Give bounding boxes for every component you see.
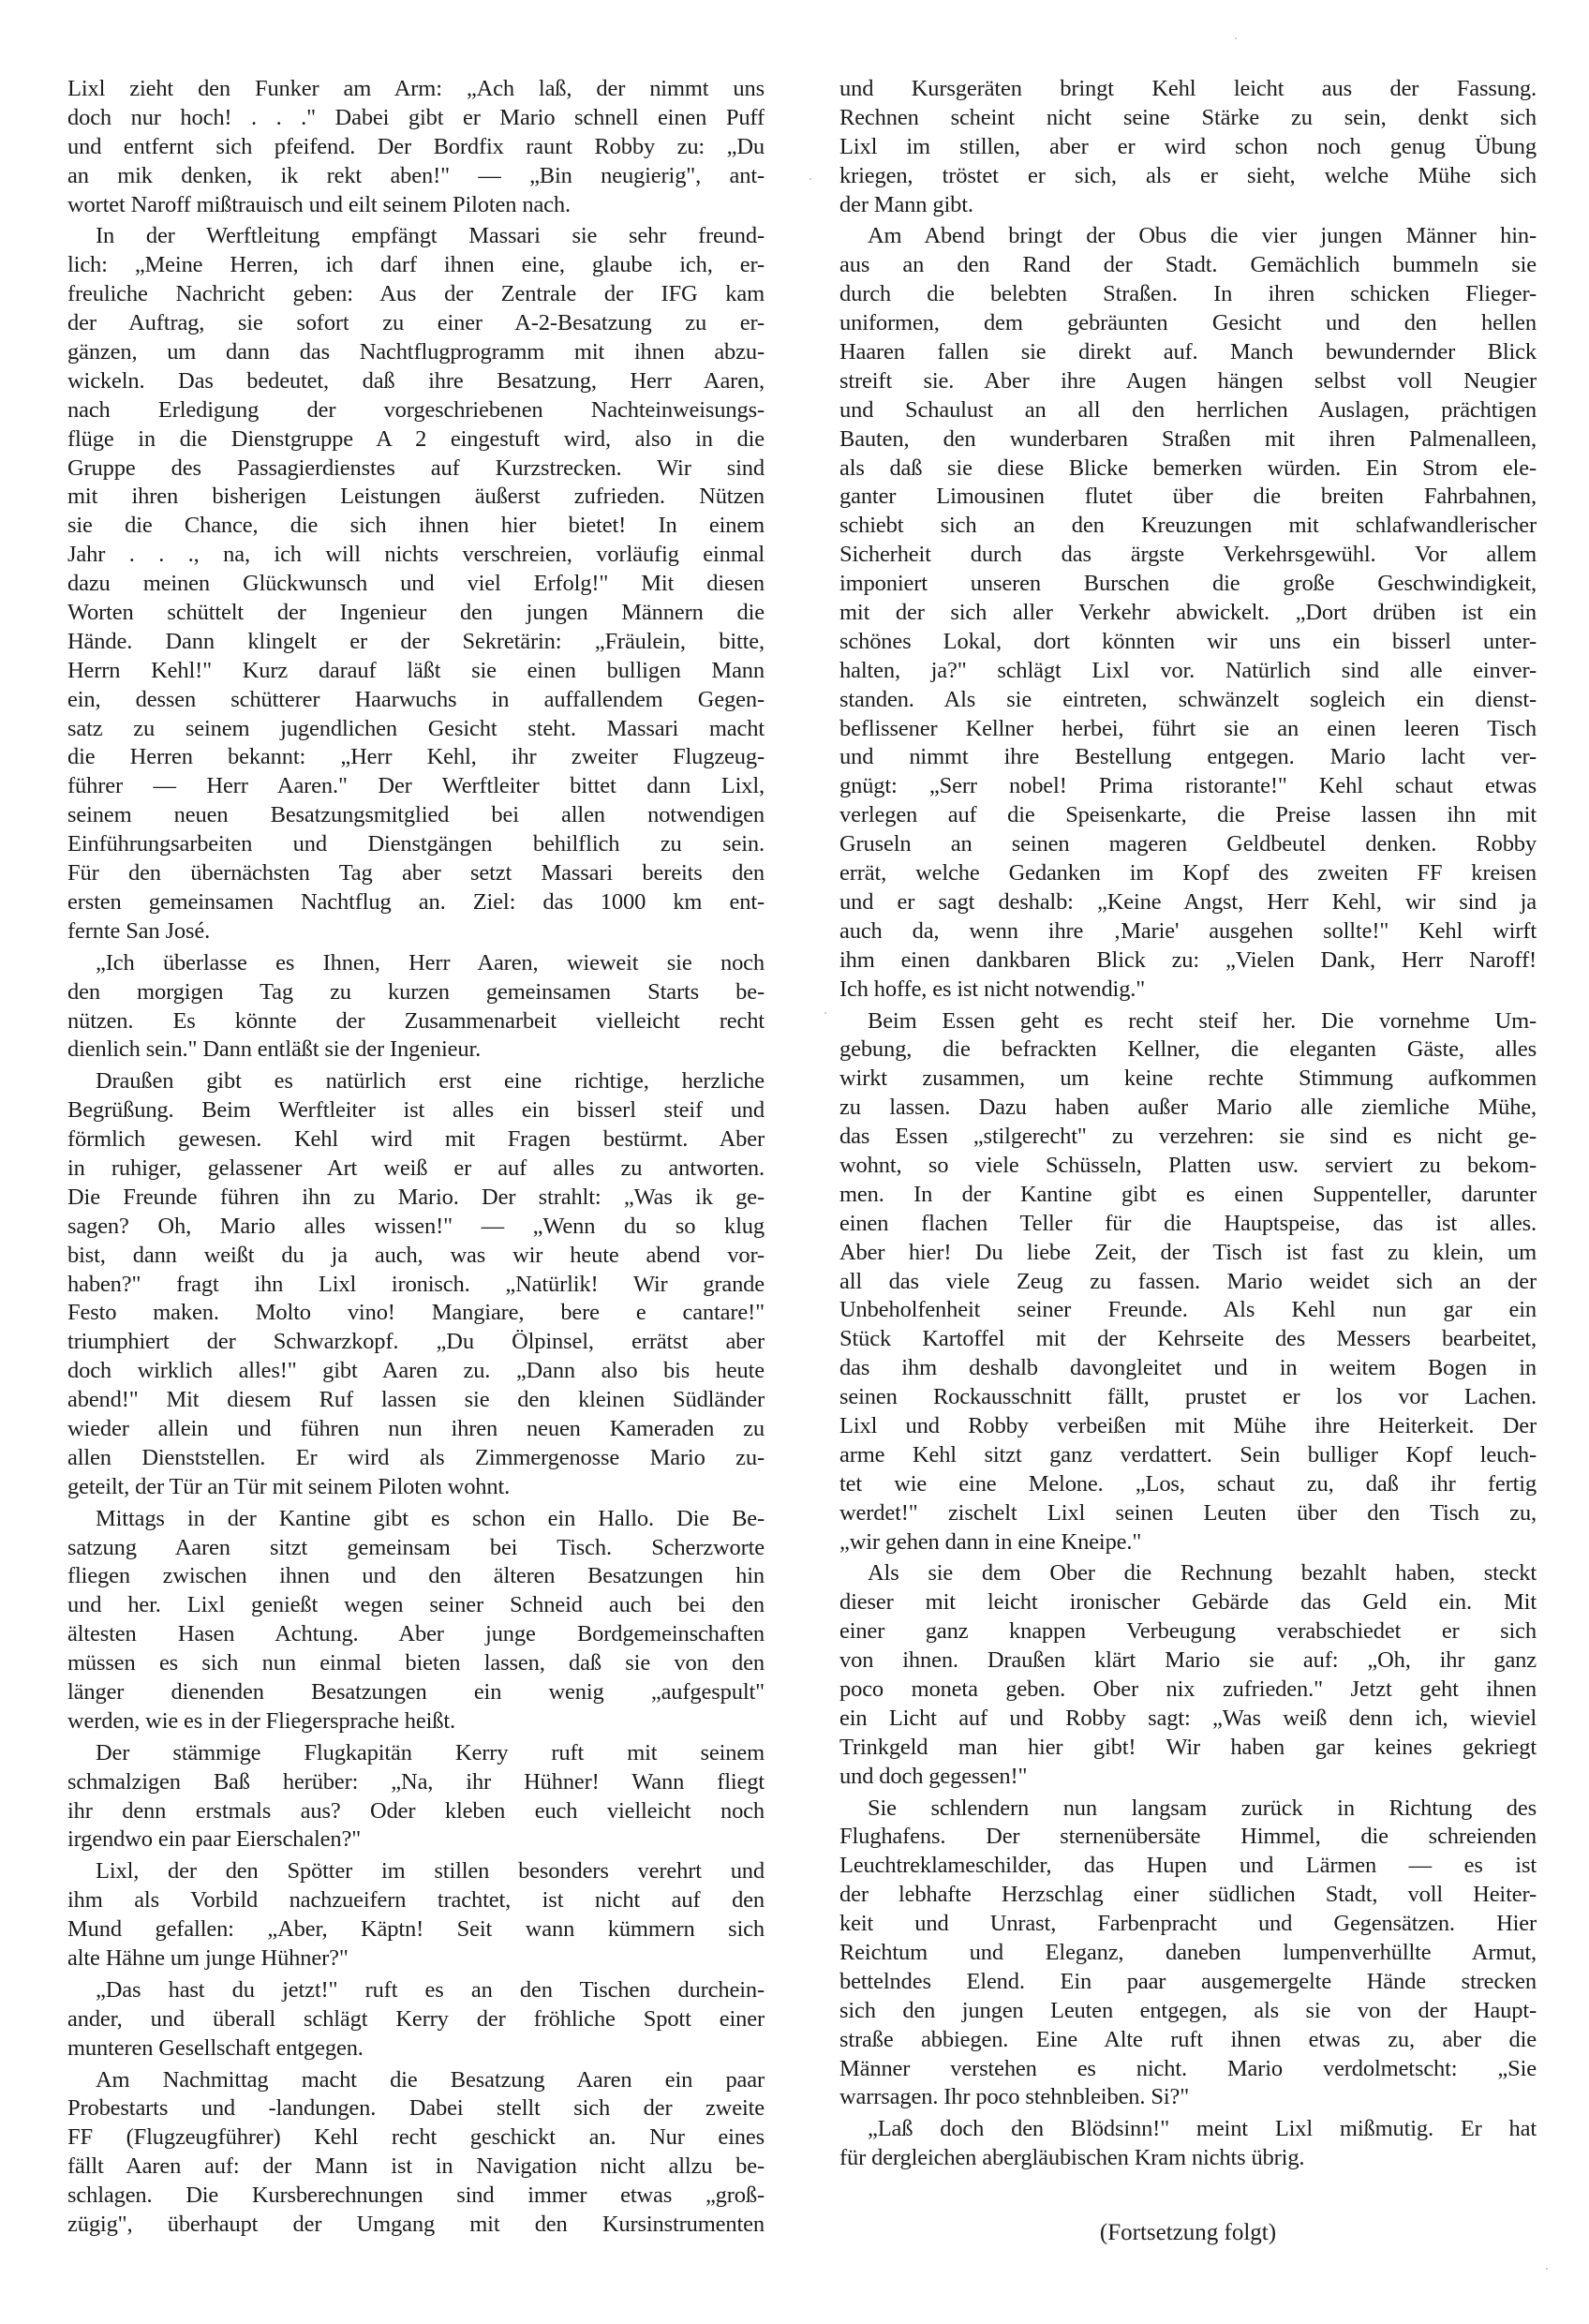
text-line: Haaren fallen sie direkt auf. Manch bewu… bbox=[839, 338, 1537, 367]
text-line: keit und Unrast, Farbenpracht und Gegens… bbox=[839, 1910, 1537, 1939]
text-line: geteilt, der Tür an Tür mit seinem Pilot… bbox=[67, 1473, 765, 1502]
paragraph: Sie schlendern nun langsam zurück in Ric… bbox=[839, 1795, 1537, 2113]
text-line: Männer verstehen es nicht. Mario verdolm… bbox=[839, 2055, 1537, 2084]
text-line: von ihnen. Draußen klärt Mario sie auf: … bbox=[839, 1646, 1537, 1676]
text-line: und Schaulust an all den herrlichen Ausl… bbox=[839, 396, 1537, 425]
text-line: ein Licht auf und Robby sagt: „Was weiß … bbox=[839, 1705, 1537, 1734]
text-line: Aber hier! Du liebe Zeit, der Tisch ist … bbox=[839, 1239, 1537, 1268]
text-line: kriegen, tröstet er sich, als er sieht, … bbox=[839, 162, 1537, 191]
text-line: Lixl und Robby verbeißen mit Mühe ihre H… bbox=[839, 1412, 1537, 1441]
text-line: Worten schüttelt der Ingenieur den junge… bbox=[67, 599, 765, 628]
document-page: Lixl zieht den Funker am Arm: „Ach laß, … bbox=[0, 0, 1589, 2324]
text-line: die Herren bekannt: „Herr Kehl, ihr zwei… bbox=[67, 743, 765, 772]
text-line: Lixl, der den Spötter im stillen besonde… bbox=[67, 1857, 765, 1886]
text-line: allen Dienststellen. Er wird als Zimmerg… bbox=[67, 1444, 765, 1473]
text-line: wieder allein und führen nun ihren neuen… bbox=[67, 1415, 765, 1444]
text-line: men. In der Kantine gibt es einen Suppen… bbox=[839, 1181, 1537, 1210]
scan-speck bbox=[1235, 37, 1237, 39]
text-line: Flughafens. Der sternenübersäte Himmel, … bbox=[839, 1823, 1537, 1852]
text-line: durch die belebten Straßen. In ihren sch… bbox=[839, 280, 1537, 309]
text-line: Trinkgeld man hier gibt! Wir haben gar k… bbox=[839, 1734, 1537, 1763]
text-line: Für den übernächsten Tag aber setzt Mass… bbox=[67, 859, 765, 888]
text-line: munteren Gesellschaft entgegen. bbox=[67, 2034, 765, 2063]
text-line: halten, ja?" schlägt Lixl vor. Natürlich… bbox=[839, 657, 1537, 686]
text-line: an mik denken, ik rekt aben!" — „Bin neu… bbox=[67, 162, 765, 191]
paragraph: Als sie dem Ober die Rechnung bezahlt ha… bbox=[839, 1559, 1537, 1791]
text-line: uniformen, dem gebräunten Gesicht und de… bbox=[839, 309, 1537, 338]
text-line: Ich hoffe, es ist nicht notwendig." bbox=[839, 976, 1537, 1005]
text-line: einer ganz knappen Verbeugung verabschie… bbox=[839, 1617, 1537, 1646]
text-line: seinem neuen Besatzungsmitglied bei alle… bbox=[67, 801, 765, 830]
text-line: Der stämmige Flugkapitän Kerry ruft mit … bbox=[67, 1739, 765, 1768]
scan-speck bbox=[824, 1012, 826, 1014]
text-line: sich den jungen Leuten entgegen, als sie… bbox=[839, 1997, 1537, 2026]
text-line: gnügt: „Serr nobel! Prima ristorante!" K… bbox=[839, 772, 1537, 801]
text-line: Jahr . . ., na, ich will nichts verschre… bbox=[67, 541, 765, 570]
text-line: Bauten, den wunderbaren Straßen mit ihre… bbox=[839, 425, 1537, 454]
text-line: müssen es sich nun einmal bieten lassen,… bbox=[67, 1649, 765, 1678]
text-line: standen. Als sie eintreten, schwänzelt s… bbox=[839, 686, 1537, 715]
text-line: ihr denn erstmals aus? Oder kleben euch … bbox=[67, 1797, 765, 1826]
text-line: beflissener Kellner herbei, führt sie an… bbox=[839, 715, 1537, 744]
text-line: verlegen auf die Speisenkarte, die Preis… bbox=[839, 801, 1537, 830]
text-line: Mund gefallen: „Aber, Käptn! Seit wann k… bbox=[67, 1915, 765, 1944]
text-line: schiebt sich an den Kreuzungen mit schla… bbox=[839, 512, 1537, 541]
text-line: haben?" fragt ihn Lixl ironisch. „Natürl… bbox=[67, 1271, 765, 1300]
text-line: dieser mit leicht ironischer Gebärde das… bbox=[839, 1588, 1537, 1617]
text-line: schmalzigen Baß herüber: „Na, ihr Hühner… bbox=[67, 1768, 765, 1797]
text-line: ihm als Vorbild nachzueifern trachtet, i… bbox=[67, 1886, 765, 1915]
text-line: wohnt, so viele Schüsseln, Platten usw. … bbox=[839, 1152, 1537, 1181]
paragraph: „Ich überlasse es Ihnen, Herr Aaren, wie… bbox=[67, 949, 765, 1065]
text-line: fernte San José. bbox=[67, 917, 765, 946]
text-line: wickeln. Das bedeutet, daß ihre Besatzun… bbox=[67, 367, 765, 396]
text-line: dazu meinen Glückwunsch und viel Erfolg!… bbox=[67, 570, 765, 599]
paragraph: „Das hast du jetzt!" ruft es an den Tisc… bbox=[67, 1976, 765, 2063]
paragraph: Draußen gibt es natürlich erst eine rich… bbox=[67, 1067, 765, 1501]
text-line: Die Freunde führen ihn zu Mario. Der str… bbox=[67, 1184, 765, 1213]
text-column-right: und Kursgeräten bringt Kehl leicht aus d… bbox=[839, 75, 1537, 2176]
text-line: und doch gegessen!" bbox=[839, 1763, 1537, 1792]
text-line: und er sagt deshalb: „Keine Angst, Herr … bbox=[839, 888, 1537, 917]
text-line: Rechnen scheint nicht seine Stärke zu se… bbox=[839, 104, 1537, 133]
text-line: „Ich überlasse es Ihnen, Herr Aaren, wie… bbox=[67, 949, 765, 978]
text-line: Beim Essen geht es recht steif her. Die … bbox=[839, 1007, 1537, 1036]
text-line: lich: „Meine Herren, ich darf ihnen eine… bbox=[67, 251, 765, 280]
text-line: Sicherheit durch das ärgste Verkehrsgewü… bbox=[839, 541, 1537, 570]
text-line: Draußen gibt es natürlich erst eine rich… bbox=[67, 1067, 765, 1096]
text-line: Hände. Dann klingelt er der Sekretärin: … bbox=[67, 628, 765, 657]
text-line: schlagen. Die Kursberechnungen sind imme… bbox=[67, 2182, 765, 2211]
text-line: einen flachen Teller für die Hauptspeise… bbox=[839, 1210, 1537, 1239]
paragraph: und Kursgeräten bringt Kehl leicht aus d… bbox=[839, 75, 1537, 219]
text-line: sagen? Oh, Mario alles wissen!" — „Wenn … bbox=[67, 1213, 765, 1242]
text-line: Als sie dem Ober die Rechnung bezahlt ha… bbox=[839, 1559, 1537, 1588]
scan-speck bbox=[1546, 2268, 1548, 2270]
text-line: tet wie eine Melone. „Los, schaut zu, da… bbox=[839, 1470, 1537, 1499]
text-line: ander, und überall schlägt Kerry der frö… bbox=[67, 2005, 765, 2034]
text-line: und Kursgeräten bringt Kehl leicht aus d… bbox=[839, 75, 1537, 104]
text-line: warrsagen. Ihr poco stehnbleiben. Si?" bbox=[839, 2083, 1537, 2112]
text-line: der lebhafte Herzschlag einer südlichen … bbox=[839, 1881, 1537, 1910]
text-line: satz zu seinem jugendlichen Gesicht steh… bbox=[67, 715, 765, 744]
text-line: Am Abend bringt der Obus die vier jungen… bbox=[839, 222, 1537, 251]
text-line: gebung, die befrackten Kellner, die eleg… bbox=[839, 1035, 1537, 1065]
text-column-left: Lixl zieht den Funker am Arm: „Ach laß, … bbox=[67, 75, 765, 2242]
scan-speck bbox=[809, 178, 811, 180]
text-line: seinen Rockausschnitt fällt, prustet er … bbox=[839, 1383, 1537, 1412]
text-line: nützen. Es könnte der Zusammenarbeit vie… bbox=[67, 1007, 765, 1036]
text-line: Stück Kartoffel mit der Kehrseite des Me… bbox=[839, 1325, 1537, 1354]
text-line: auch da, wenn ihre ‚Marie' ausgehen soll… bbox=[839, 917, 1537, 946]
paragraph: Beim Essen geht es recht steif her. Die … bbox=[839, 1007, 1537, 1557]
text-line: fliegen zwischen ihnen und den älteren B… bbox=[67, 1562, 765, 1591]
text-line: werden, wie es in der Fliegersprache hei… bbox=[67, 1707, 765, 1736]
text-line: führer — Herr Aaren." Der Werftleiter bi… bbox=[67, 772, 765, 801]
text-line: Am Nachmittag macht die Besatzung Aaren … bbox=[67, 2066, 765, 2095]
text-line: als daß sie diese Blicke bemerken würden… bbox=[839, 454, 1537, 484]
text-line: gänzen, um dann das Nachtflugprogramm mi… bbox=[67, 338, 765, 367]
text-line: in ruhiger, gelassener Art weiß er auf a… bbox=[67, 1155, 765, 1184]
text-line: poco moneta geben. Ober nix zufrieden." … bbox=[839, 1676, 1537, 1705]
text-line: für dergleichen abergläubischen Kram nic… bbox=[839, 2144, 1537, 2173]
text-line: ihm einen dankbaren Blick zu: „Vielen Da… bbox=[839, 946, 1537, 976]
text-line: wortet Naroff mißtrauisch und eilt seine… bbox=[67, 191, 765, 220]
text-line: Reichtum und Eleganz, daneben lumpenverh… bbox=[839, 1939, 1537, 1968]
paragraph: Lixl, der den Spötter im stillen besonde… bbox=[67, 1857, 765, 1974]
text-line: doch wirklich alles!" gibt Aaren zu. „Da… bbox=[67, 1357, 765, 1386]
paragraph: Mittags in der Kantine gibt es schon ein… bbox=[67, 1505, 765, 1736]
text-line: Sie schlendern nun langsam zurück in Ric… bbox=[839, 1795, 1537, 1824]
text-line: „Laß doch den Blödsinn!" meint Lixl mißm… bbox=[839, 2115, 1537, 2144]
text-line: Unbeholfenheit seiner Freunde. Als Kehl … bbox=[839, 1296, 1537, 1325]
text-line: Begrüßung. Beim Werftleiter ist alles ei… bbox=[67, 1096, 765, 1125]
text-line: alte Hähne um junge Hühner?" bbox=[67, 1944, 765, 1974]
text-line: irgendwo ein paar Eierschalen?" bbox=[67, 1825, 765, 1855]
text-line: ersten gemeinsamen Nachtflug an. Ziel: d… bbox=[67, 888, 765, 917]
text-line: und entfernt sich pfeifend. Der Bordfix … bbox=[67, 133, 765, 162]
text-line: satzung Aaren sitzt gemeinsam bei Tisch.… bbox=[67, 1534, 765, 1563]
text-line: triumphiert der Schwarzkopf. „Du Ölpinse… bbox=[67, 1328, 765, 1357]
text-line: und nimmt ihre Bestellung entgegen. Mari… bbox=[839, 743, 1537, 772]
text-line: straße abbiegen. Eine Alte ruft ihnen et… bbox=[839, 2026, 1537, 2055]
continuation-note: (Fortsetzung folgt) bbox=[839, 2219, 1537, 2247]
text-line: mit ihren bisherigen Leistungen äußerst … bbox=[67, 483, 765, 512]
text-line: Probestarts und -landungen. Dabei stellt… bbox=[67, 2094, 765, 2123]
text-line: Festo maken. Molto vino! Mangiare, bere … bbox=[67, 1299, 765, 1328]
text-line: ältesten Hasen Achtung. Aber junge Bordg… bbox=[67, 1620, 765, 1649]
text-line: zügig", überhaupt der Umgang mit den Kur… bbox=[67, 2211, 765, 2240]
paragraph: Am Abend bringt der Obus die vier jungen… bbox=[839, 222, 1537, 1004]
text-line: förmlich gewesen. Kehl wird mit Fragen b… bbox=[67, 1125, 765, 1155]
paragraph: Am Nachmittag macht die Besatzung Aaren … bbox=[67, 2066, 765, 2240]
text-line: nach Erledigung der vorgeschriebenen Nac… bbox=[67, 396, 765, 425]
text-line: den morgigen Tag zu kurzen gemeinsamen S… bbox=[67, 978, 765, 1007]
text-line: dienlich sein." Dann entläßt sie der Ing… bbox=[67, 1035, 765, 1065]
text-line: ganter Limousinen flutet über die breite… bbox=[839, 483, 1537, 512]
text-line: fällt Aaren auf: der Mann ist in Navigat… bbox=[67, 2153, 765, 2182]
paragraph: In der Werftleitung empfängt Massari sie… bbox=[67, 222, 765, 946]
text-line: imponiert unseren Burschen die große Ges… bbox=[839, 570, 1537, 599]
text-line: ein, dessen schütterer Haarwuchs in auff… bbox=[67, 686, 765, 715]
text-line: In der Werftleitung empfängt Massari sie… bbox=[67, 222, 765, 251]
text-line: doch nur hoch! . . ." Dabei gibt er Mari… bbox=[67, 104, 765, 133]
text-line: freuliche Nachricht geben: Aus der Zentr… bbox=[67, 280, 765, 309]
text-line: länger dienenden Besatzungen ein wenig „… bbox=[67, 1678, 765, 1707]
paragraph: „Laß doch den Blödsinn!" meint Lixl mißm… bbox=[839, 2115, 1537, 2173]
text-line: all das viele Zeug zu fassen. Mario weid… bbox=[839, 1268, 1537, 1297]
text-line: Leuchtreklameschilder, das Hupen und Lär… bbox=[839, 1852, 1537, 1881]
text-line: flüge in die Dienstgruppe A 2 eingestuft… bbox=[67, 425, 765, 454]
text-line: Lixl im stillen, aber er wird schon noch… bbox=[839, 133, 1537, 162]
text-line: streift sie. Aber ihre Augen hängen selb… bbox=[839, 367, 1537, 396]
text-line: der Mann gibt. bbox=[839, 191, 1537, 220]
text-line: Mittags in der Kantine gibt es schon ein… bbox=[67, 1505, 765, 1534]
text-line: „Das hast du jetzt!" ruft es an den Tisc… bbox=[67, 1976, 765, 2005]
text-line: bist, dann weißt du ja auch, was wir heu… bbox=[67, 1242, 765, 1271]
text-line: Lixl zieht den Funker am Arm: „Ach laß, … bbox=[67, 75, 765, 104]
text-line: das Essen „stilgerecht" zu verzehren: si… bbox=[839, 1123, 1537, 1152]
text-line: Gruppe des Passagierdienstes auf Kurzstr… bbox=[67, 454, 765, 484]
text-line: werdet!" zischelt Lixl seinen Leuten übe… bbox=[839, 1499, 1537, 1528]
text-line: Herrn Kehl!" Kurz darauf läßt sie einen … bbox=[67, 657, 765, 686]
text-line: sie die Chance, die sich ihnen hier biet… bbox=[67, 512, 765, 541]
text-line: schönes Lokal, dort könnten wir uns ein … bbox=[839, 628, 1537, 657]
paragraph: Der stämmige Flugkapitän Kerry ruft mit … bbox=[67, 1739, 765, 1855]
text-line: das ihm deshalb davongleitet und in weit… bbox=[839, 1354, 1537, 1383]
text-line: bettelndes Elend. Ein paar ausgemergelte… bbox=[839, 1968, 1537, 1997]
text-line: der Auftrag, sie sofort zu einer A-2-Bes… bbox=[67, 309, 765, 338]
text-line: wirkt zusammen, um keine rechte Stimmung… bbox=[839, 1065, 1537, 1094]
text-line: errät, welche Gedanken im Kopf des zweit… bbox=[839, 859, 1537, 888]
text-line: aus an den Rand der Stadt. Gemächlich bu… bbox=[839, 251, 1537, 280]
text-line: FF (Flugzeugführer) Kehl recht geschickt… bbox=[67, 2123, 765, 2153]
text-line: mit der sich aller Verkehr abwickelt. „D… bbox=[839, 599, 1537, 628]
text-line: arme Kehl sitzt ganz verdattert. Sein bu… bbox=[839, 1441, 1537, 1470]
text-line: Einführungsarbeiten und Dienstgängen beh… bbox=[67, 830, 765, 859]
text-line: Gruseln an seinen mageren Geldbeutel den… bbox=[839, 830, 1537, 859]
text-line: „wir gehen dann in eine Kneipe." bbox=[839, 1528, 1537, 1557]
text-line: und her. Lixl genießt wegen seiner Schne… bbox=[67, 1591, 765, 1620]
text-line: zu lassen. Dazu haben außer Mario alle z… bbox=[839, 1094, 1537, 1123]
paragraph: Lixl zieht den Funker am Arm: „Ach laß, … bbox=[67, 75, 765, 219]
text-line: abend!" Mit diesem Ruf lassen sie den kl… bbox=[67, 1386, 765, 1415]
